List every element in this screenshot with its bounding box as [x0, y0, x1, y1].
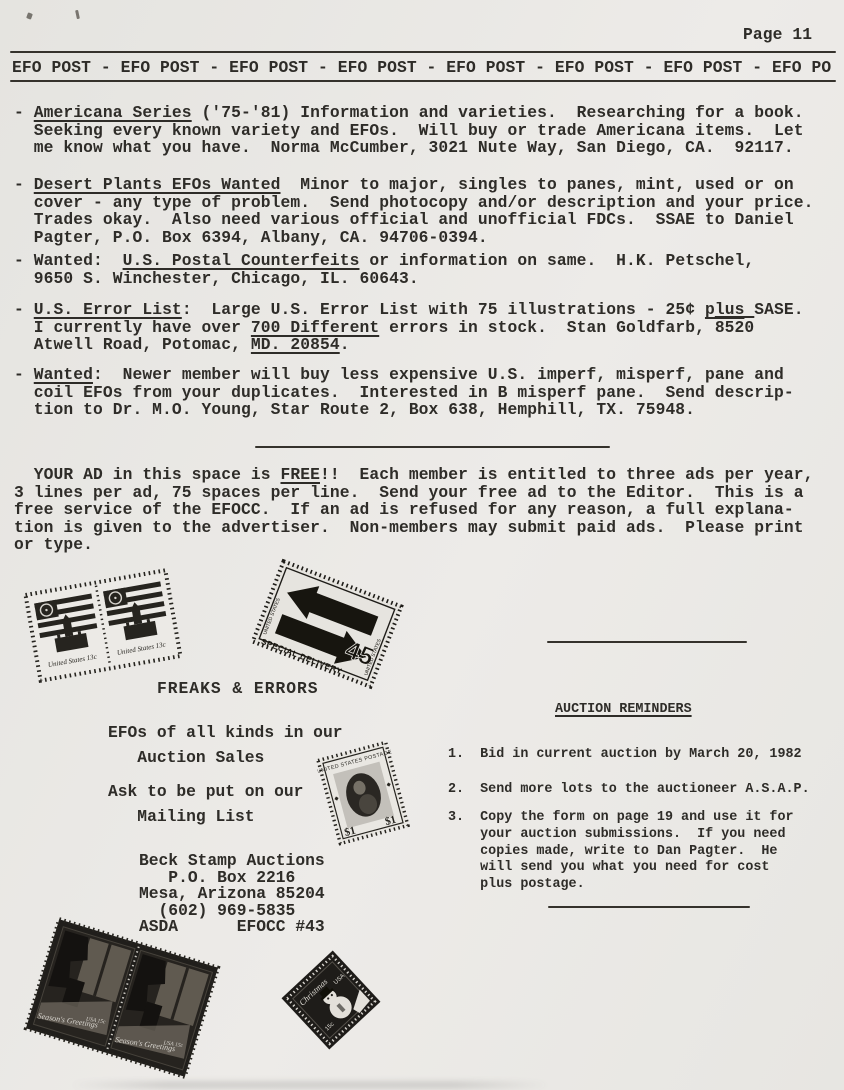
auction-reminder-item: 2. Send more lots to the auctioneer A.S.…: [448, 782, 810, 799]
ad-desert-plants: - Desert Plants EFOs Wanted Minor to maj…: [14, 176, 814, 246]
auction-reminder-item: 1. Bid in current auction by March 20, 1…: [448, 747, 802, 764]
scanned-newsletter-page: Page 11 EFO POST - EFO POST - EFO POST -…: [0, 0, 844, 1090]
seasons-greetings-stamp-image: Season's Greetings USA 15c Season's Gree…: [22, 915, 222, 1080]
promo-mailing-list: Ask to be put on our Mailing List: [108, 779, 303, 830]
divider: [547, 641, 747, 643]
christmas-stamp-icon: Christmas USA 15c: [280, 949, 382, 1051]
special-delivery-stamp-image: 45 SPECIAL DELIVERY UNITED STATES UNITED…: [249, 557, 405, 690]
ad-postal-counterfeits: - Wanted: U.S. Postal Counterfeits or in…: [14, 252, 754, 287]
seasons-greetings-icon: Season's Greetings USA 15c Season's Gree…: [22, 915, 222, 1080]
flag-pair-stamp-image: United States 13c United States 13c: [21, 566, 185, 686]
auction-reminder-item: 3. Copy the form on page 19 and use it f…: [448, 810, 794, 894]
auction-reminders-heading: AUCTION REMINDERS: [555, 702, 692, 719]
dollar-stamp-icon: UNITED STATES POSTAGE $1 $1: [314, 739, 411, 848]
masthead-banner: EFO POST - EFO POST - EFO POST - EFO POS…: [12, 59, 831, 77]
promo-auction-sales: EFOs of all kinds in our Auction Sales: [108, 720, 343, 771]
freaks-errors-label: FREAKS & ERRORS: [157, 680, 319, 698]
scan-speck: [26, 12, 33, 19]
free-ad-notice: YOUR AD in this space is FREE!! Each mem…: [14, 466, 814, 554]
scan-speck: [75, 10, 80, 19]
special-delivery-icon: 45 SPECIAL DELIVERY UNITED STATES UNITED…: [249, 557, 405, 690]
dollar-stamp-image: UNITED STATES POSTAGE $1 $1: [314, 739, 411, 848]
divider: [10, 51, 836, 53]
flag-stamp-icon: United States 13c United States 13c: [21, 566, 185, 686]
ad-wanted-newer-member: - Wanted: Newer member will buy less exp…: [14, 366, 794, 419]
christmas-stamp-image: Christmas USA 15c: [280, 949, 382, 1051]
divider: [10, 80, 836, 82]
scan-shadow: [70, 1081, 550, 1089]
divider: [548, 906, 750, 908]
ad-americana-series: - Americana Series ('75-'81) Information…: [14, 104, 804, 157]
ad-us-error-list: - U.S. Error List: Large U.S. Error List…: [14, 301, 804, 354]
beck-auctions-address: Beck Stamp Auctions P.O. Box 2216Mesa, A…: [139, 853, 325, 936]
divider: [255, 446, 610, 448]
page-number: Page 11: [743, 26, 812, 44]
